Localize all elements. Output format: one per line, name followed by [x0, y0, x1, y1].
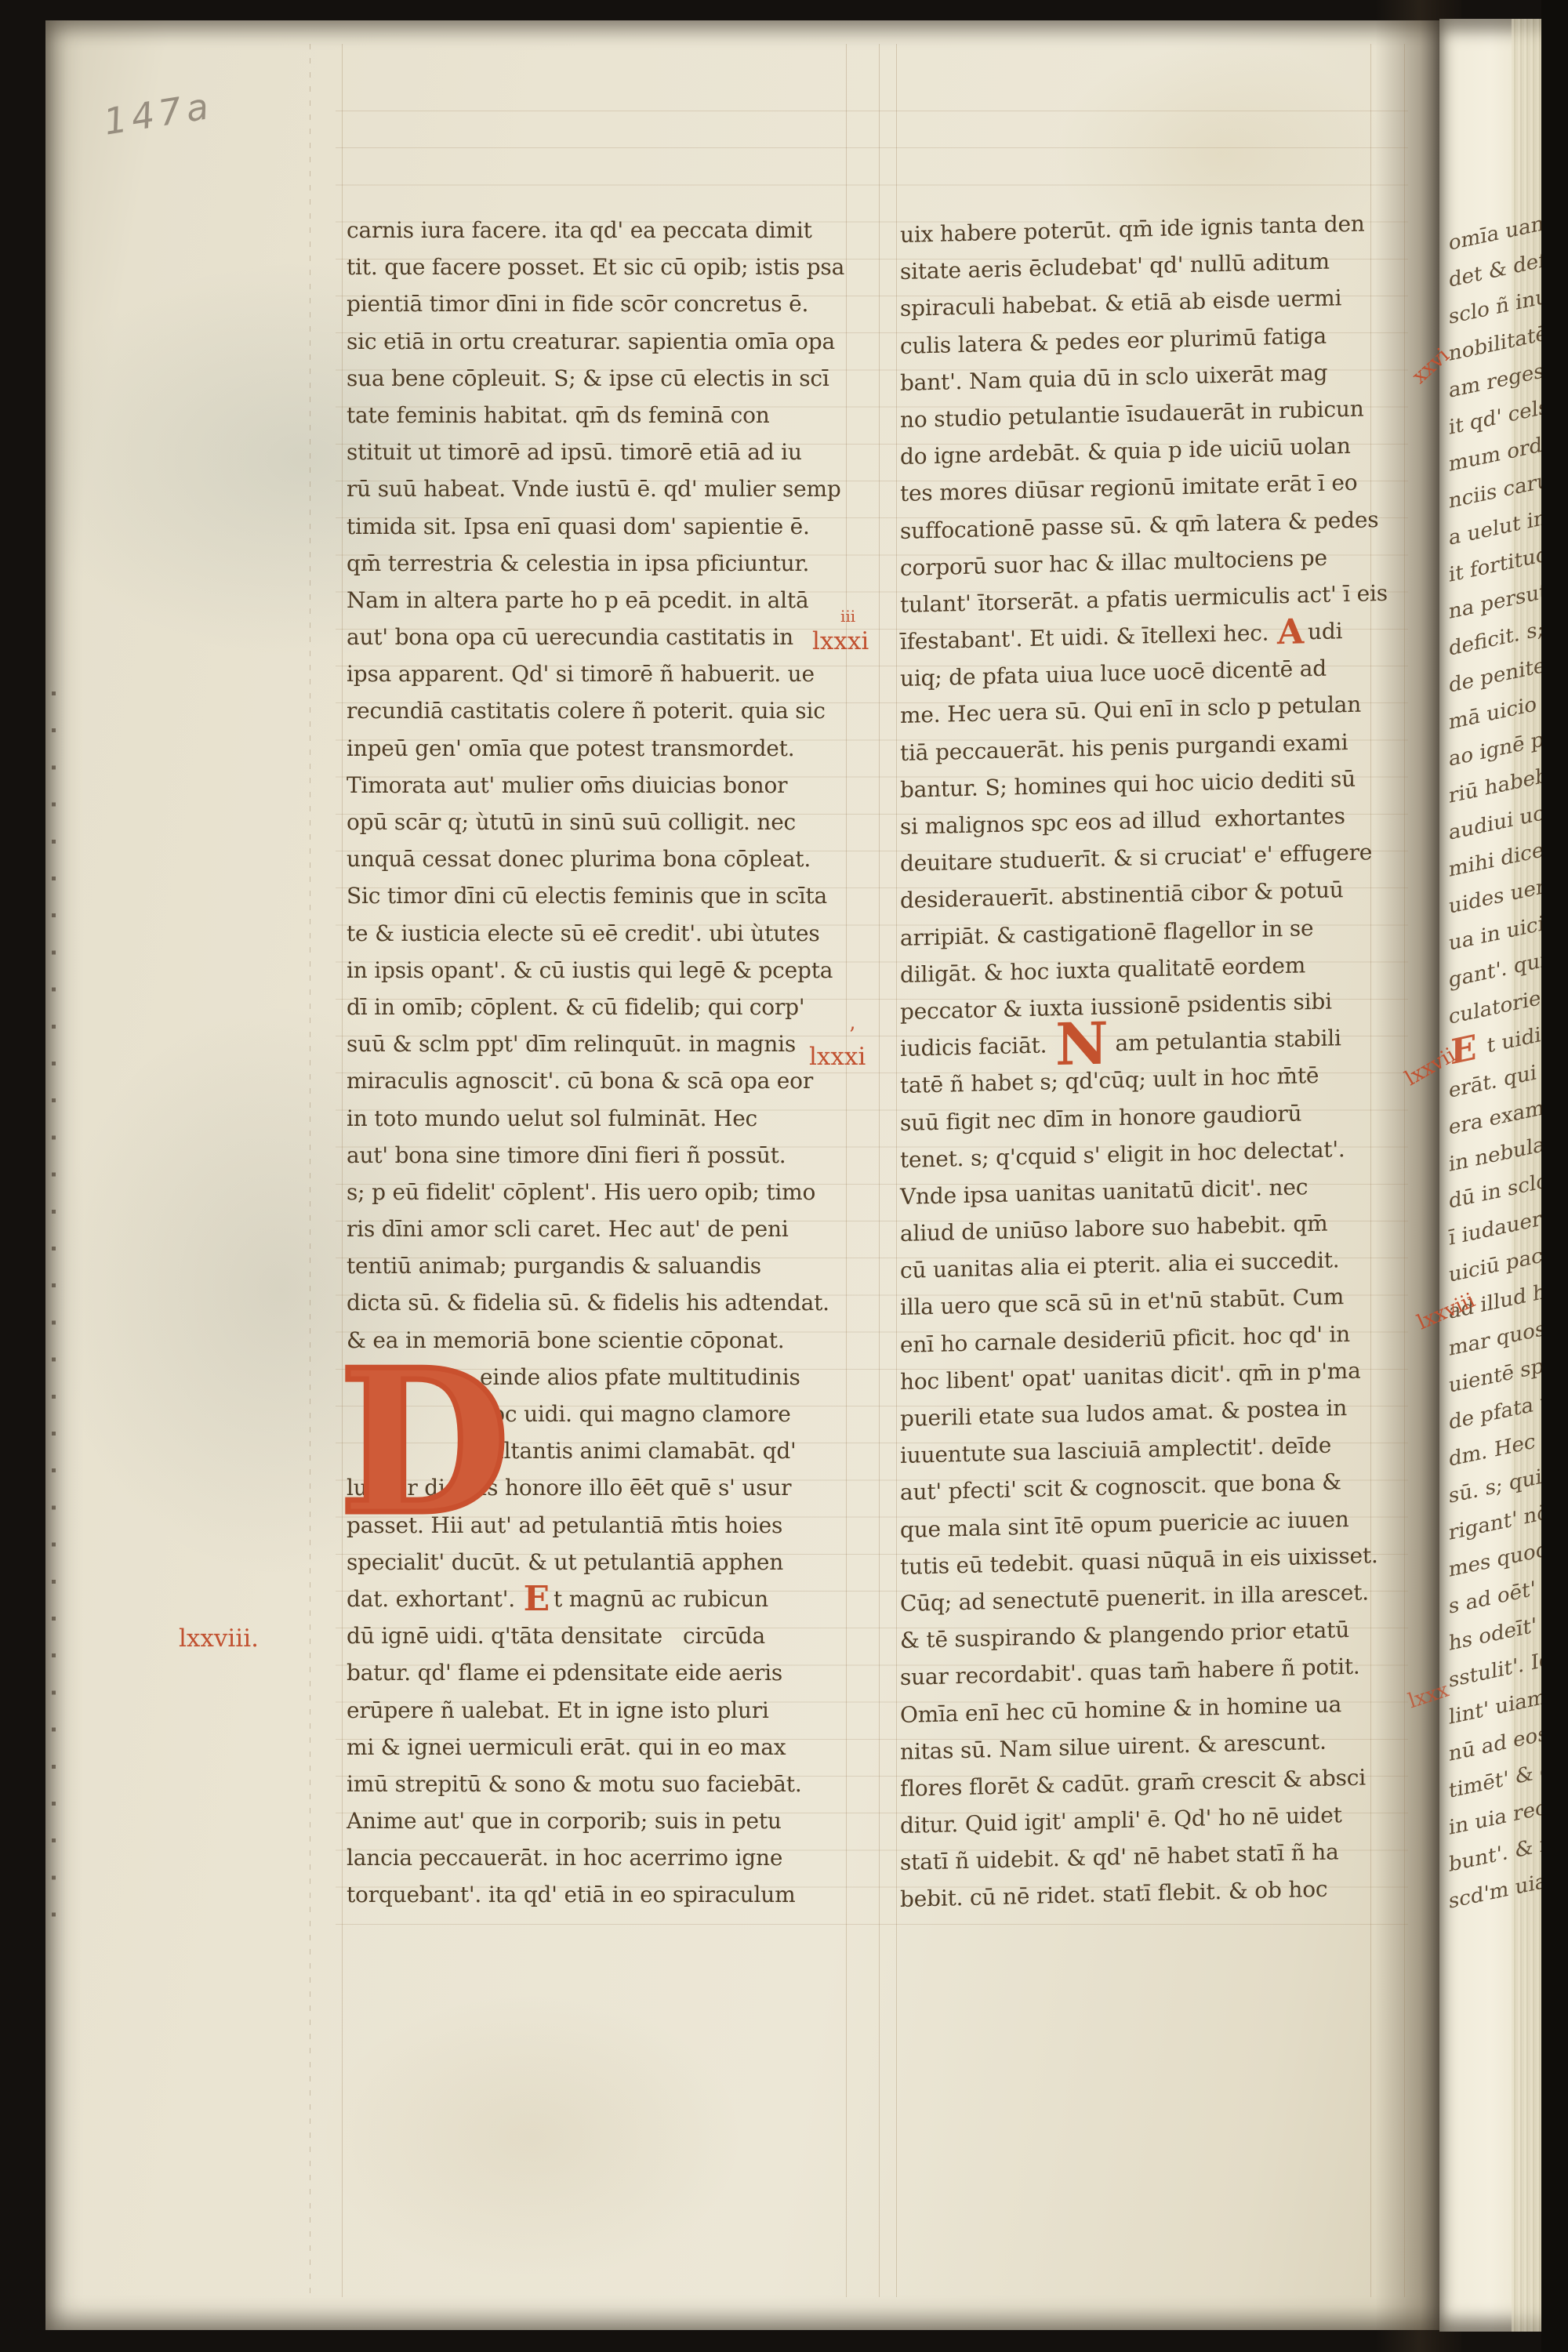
text-line: dicta sū. & fidelia sū. & fidelis his ad… — [347, 1284, 856, 1321]
text-line: miraculis agnoscit'. cū bona & scā opa e… — [347, 1062, 856, 1099]
text-line: carnis iura facere. ita qd' ea peccata d… — [347, 212, 856, 249]
text-line: sic etiā in ortu creaturar. sapientia om… — [347, 323, 856, 360]
vertical-rule — [310, 44, 310, 2297]
text-line: ris dīni amor scli caret. Hec aut' de pe… — [347, 1210, 856, 1247]
text-line: qm̄ terrestria & celestia in ipsa pficiu… — [347, 545, 856, 582]
text-line: aut' bona opa cū uerecundia castitatis i… — [347, 619, 856, 655]
text-line: erūpere ñ ualebat. Et in igne isto pluri — [347, 1692, 856, 1729]
text-line: in toto mundo uelut sol fulmināt. Hec — [347, 1100, 856, 1137]
text-line: recundiā castitatis colere ñ poterit. qu… — [347, 692, 856, 729]
chapter-number-lxxxi: lxxxi — [812, 627, 869, 655]
text-line: tentiū animab; purgandis & saluandis — [347, 1247, 856, 1284]
text-line: pientiā timor dīni in fide scōr concretu… — [347, 285, 856, 322]
rubricated-initial: N — [1055, 1011, 1108, 1080]
right-text-column: uix habere poterūt. qm̄ ide ignis tanta … — [900, 205, 1378, 1918]
text-line: opū scār q; ùtutū in sinū suū colligit. … — [347, 804, 856, 840]
text-line: dū ignē uidi. q'tāta densitate circūda — [347, 1617, 856, 1654]
vertical-rule — [1404, 44, 1405, 2297]
vertical-rule — [342, 44, 343, 2297]
text-line: ipsa apparent. Qd' si timorē ñ habuerit.… — [347, 655, 856, 692]
text-line: Timorata aut' mulier om̄s diuicias bonor — [347, 767, 856, 804]
text-line: batur. qd' flame ei pdensitate eide aeri… — [347, 1654, 856, 1691]
chapter-number-lxxviii-left-margin: lxxviii. — [179, 1624, 259, 1653]
rubricated-initial: A — [1277, 612, 1304, 652]
chapter-number-lxxxi-2: lxxxi — [809, 1043, 866, 1071]
left-text-column: carnis iura facere. ita qd' ea peccata d… — [347, 212, 856, 1914]
text-line: torquebant'. ita qd' etiā in eo spiracul… — [347, 1876, 856, 1913]
text-line: Sic timor dīni cū electis feminis que in… — [347, 877, 856, 914]
text-line: rū suū habeat. Vnde iustū ē. qd' mulier … — [347, 470, 856, 507]
text-line: imū strepitū & sono & motu suo faciebāt. — [347, 1766, 856, 1802]
rubricated-initial: E — [524, 1579, 550, 1619]
photo-black-edge — [1541, 0, 1568, 2352]
chapter-number-superscript: iii — [840, 607, 855, 626]
text-line: stituit ut timorē ad ipsū. timorē etiā a… — [347, 434, 856, 470]
text-line: mi & ignei uermiculi erāt. qui in eo max — [347, 1729, 856, 1766]
text-line: Anime aut' que in corporib; suis in petu — [347, 1802, 856, 1839]
text-line: tate feminis habitat. qm̄ ds feminā con — [347, 397, 856, 434]
text-line: s; p eū fidelit' cōplent'. His uero opib… — [347, 1174, 856, 1210]
vertical-rule — [879, 44, 880, 2297]
text-line: suū & sclm ppt' dīm relinquūt. in magnis — [347, 1025, 856, 1062]
text-line: tit. que facere posset. Et sic cū opib; … — [347, 249, 856, 285]
drop-cap-d-initial: D — [339, 1333, 495, 1584]
text-line: te & iusticia electe sū eē credit'. ubi … — [347, 915, 856, 952]
text-line: dī in omīb; cōplent. & cū fidelib; qui c… — [347, 989, 856, 1025]
vertical-rule — [896, 44, 897, 2297]
text-line: timida sit. Ipsa enī quasi dom' sapienti… — [347, 508, 856, 545]
text-line: unquā cessat donec plurima bona cōpleat. — [347, 840, 856, 877]
text-line: lancia peccauerāt. in hoc acerrimo igne — [347, 1839, 856, 1876]
text-line: sua bene cōpleuit. S; & ipse cū electis … — [347, 360, 856, 397]
text-line: in ipsis opant'. & cū iustis qui legē & … — [347, 952, 856, 989]
text-line: aut' bona sine timore dīni fieri ñ possū… — [347, 1137, 856, 1174]
text-line: inpeū gen' omīa que potest transmordet. — [347, 730, 856, 767]
pricking-holes — [52, 691, 56, 1930]
text-line: Nam in altera parte ho p eā pcedit. in a… — [347, 582, 856, 619]
text-line: dat. exhortant'. Et magnū ac rubicun — [347, 1581, 856, 1617]
manuscript-photo: 147a carnis iura facere. ita qd' ea pecc… — [0, 0, 1568, 2352]
